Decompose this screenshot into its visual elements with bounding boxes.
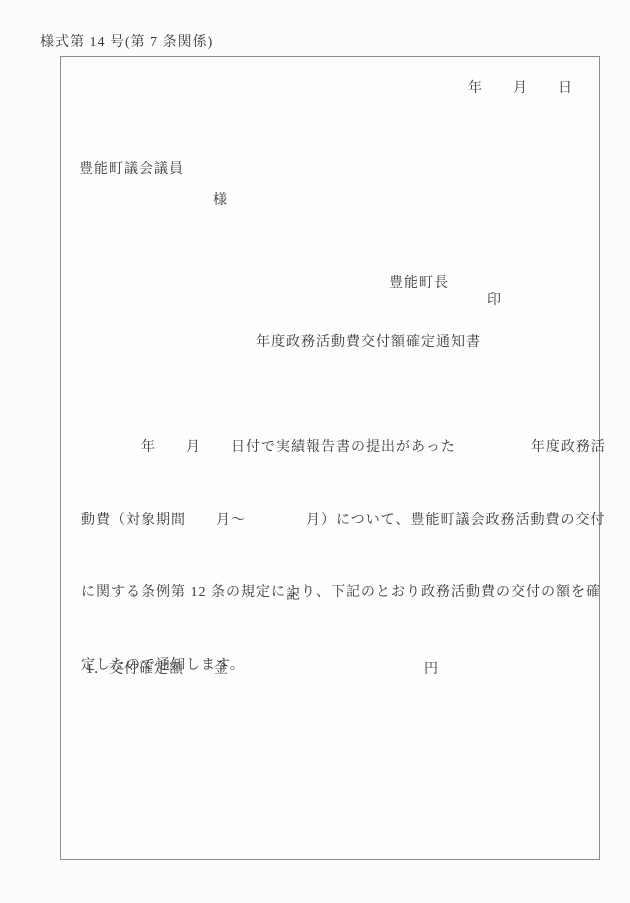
item-grant-amount: 1．交付確定額 金 円 bbox=[86, 661, 439, 678]
document-title: 年度政務活動費交付額確定通知書 bbox=[256, 334, 481, 351]
body-line-1: 年 月 日付で実績報告書の提出があった 年度政務活 bbox=[81, 439, 581, 478]
form-number-label: 様式第 14 号(第 7 条関係) bbox=[40, 31, 213, 51]
sender-title: 豊能町長 bbox=[389, 276, 449, 291]
addressee-name: 豊能町議会議員 bbox=[79, 161, 184, 178]
sender-row: 豊能町長 印 bbox=[371, 258, 501, 326]
date-line: 年 月 日 bbox=[468, 80, 573, 97]
body-paragraph: 年 月 日付で実績報告書の提出があった 年度政務活 動費（対象期間 月～ 月）に… bbox=[81, 405, 581, 729]
seal-placeholder: 印 bbox=[487, 293, 501, 308]
document-border-box: 年 月 日 豊能町議会議員 様 豊能町長 印 年度政務活動費交付額確定通知書 年… bbox=[60, 56, 600, 860]
body-line-2: 動費（対象期間 月～ 月）について、豊能町議会政務活動費の交付 bbox=[81, 512, 581, 551]
body-line-3: に関する条例第 12 条の規定により、下記のとおり政務活動費の交付の額を確 bbox=[81, 584, 581, 623]
notation-marker: 記 bbox=[286, 587, 301, 604]
addressee-honorific: 様 bbox=[213, 192, 228, 209]
